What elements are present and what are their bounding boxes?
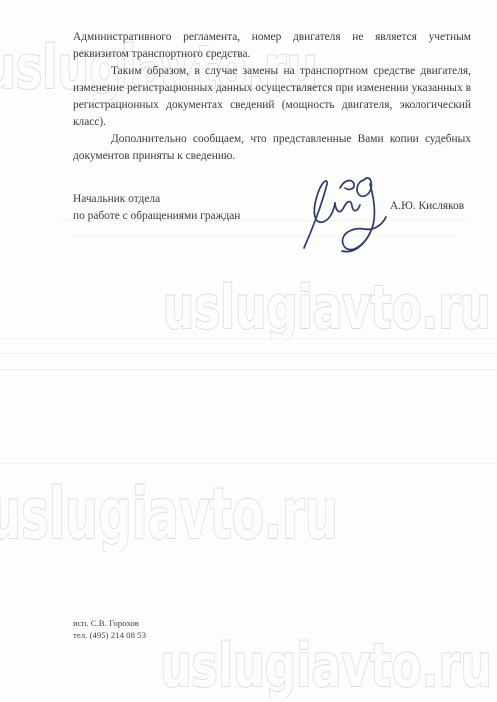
watermark-text: uslugiavto.ru bbox=[160, 634, 492, 698]
scan-artifact-line bbox=[0, 353, 497, 354]
executor-phone: тел. (495) 214 08 53 bbox=[73, 629, 146, 641]
scan-artifact-line bbox=[0, 369, 497, 370]
watermark-bottom-left: uslugiavto.ru bbox=[0, 474, 340, 552]
scan-artifact-line bbox=[0, 463, 497, 464]
letter-body: Административного регламента, номер двиг… bbox=[73, 29, 471, 165]
scanned-letter-page: uslugiavto.ru uslugiavto.ru uslugiavto.r… bbox=[0, 0, 497, 702]
signer-name: А.Ю. Кисляков bbox=[390, 200, 464, 212]
handwritten-signature bbox=[294, 172, 388, 256]
scan-artifact-line bbox=[70, 236, 460, 237]
watermark-text: uslugiavto.ru bbox=[163, 276, 491, 340]
scan-artifact-line bbox=[0, 338, 497, 339]
paragraph-engine-replacement: Таким образом, в случае замены на трансп… bbox=[73, 63, 471, 131]
signer-title: Начальник отдела по работе с обращениями… bbox=[73, 191, 240, 225]
watermark-middle: uslugiavto.ru bbox=[163, 276, 493, 340]
paragraph-court-documents: Дополнительно сообщаем, что представленн… bbox=[73, 131, 471, 165]
executor-block: исп. С.В. Горохов тел. (495) 214 08 53 bbox=[73, 617, 146, 641]
signer-title-line1: Начальник отдела bbox=[73, 191, 240, 208]
watermark-text: uslugiavto.ru bbox=[0, 474, 338, 552]
signer-title-line2: по работе с обращениями граждан bbox=[73, 208, 240, 225]
executor-name: исп. С.В. Горохов bbox=[73, 617, 146, 629]
paragraph-regulation: Административного регламента, номер двиг… bbox=[73, 29, 471, 63]
watermark-bottom-right: uslugiavto.ru bbox=[160, 634, 494, 698]
